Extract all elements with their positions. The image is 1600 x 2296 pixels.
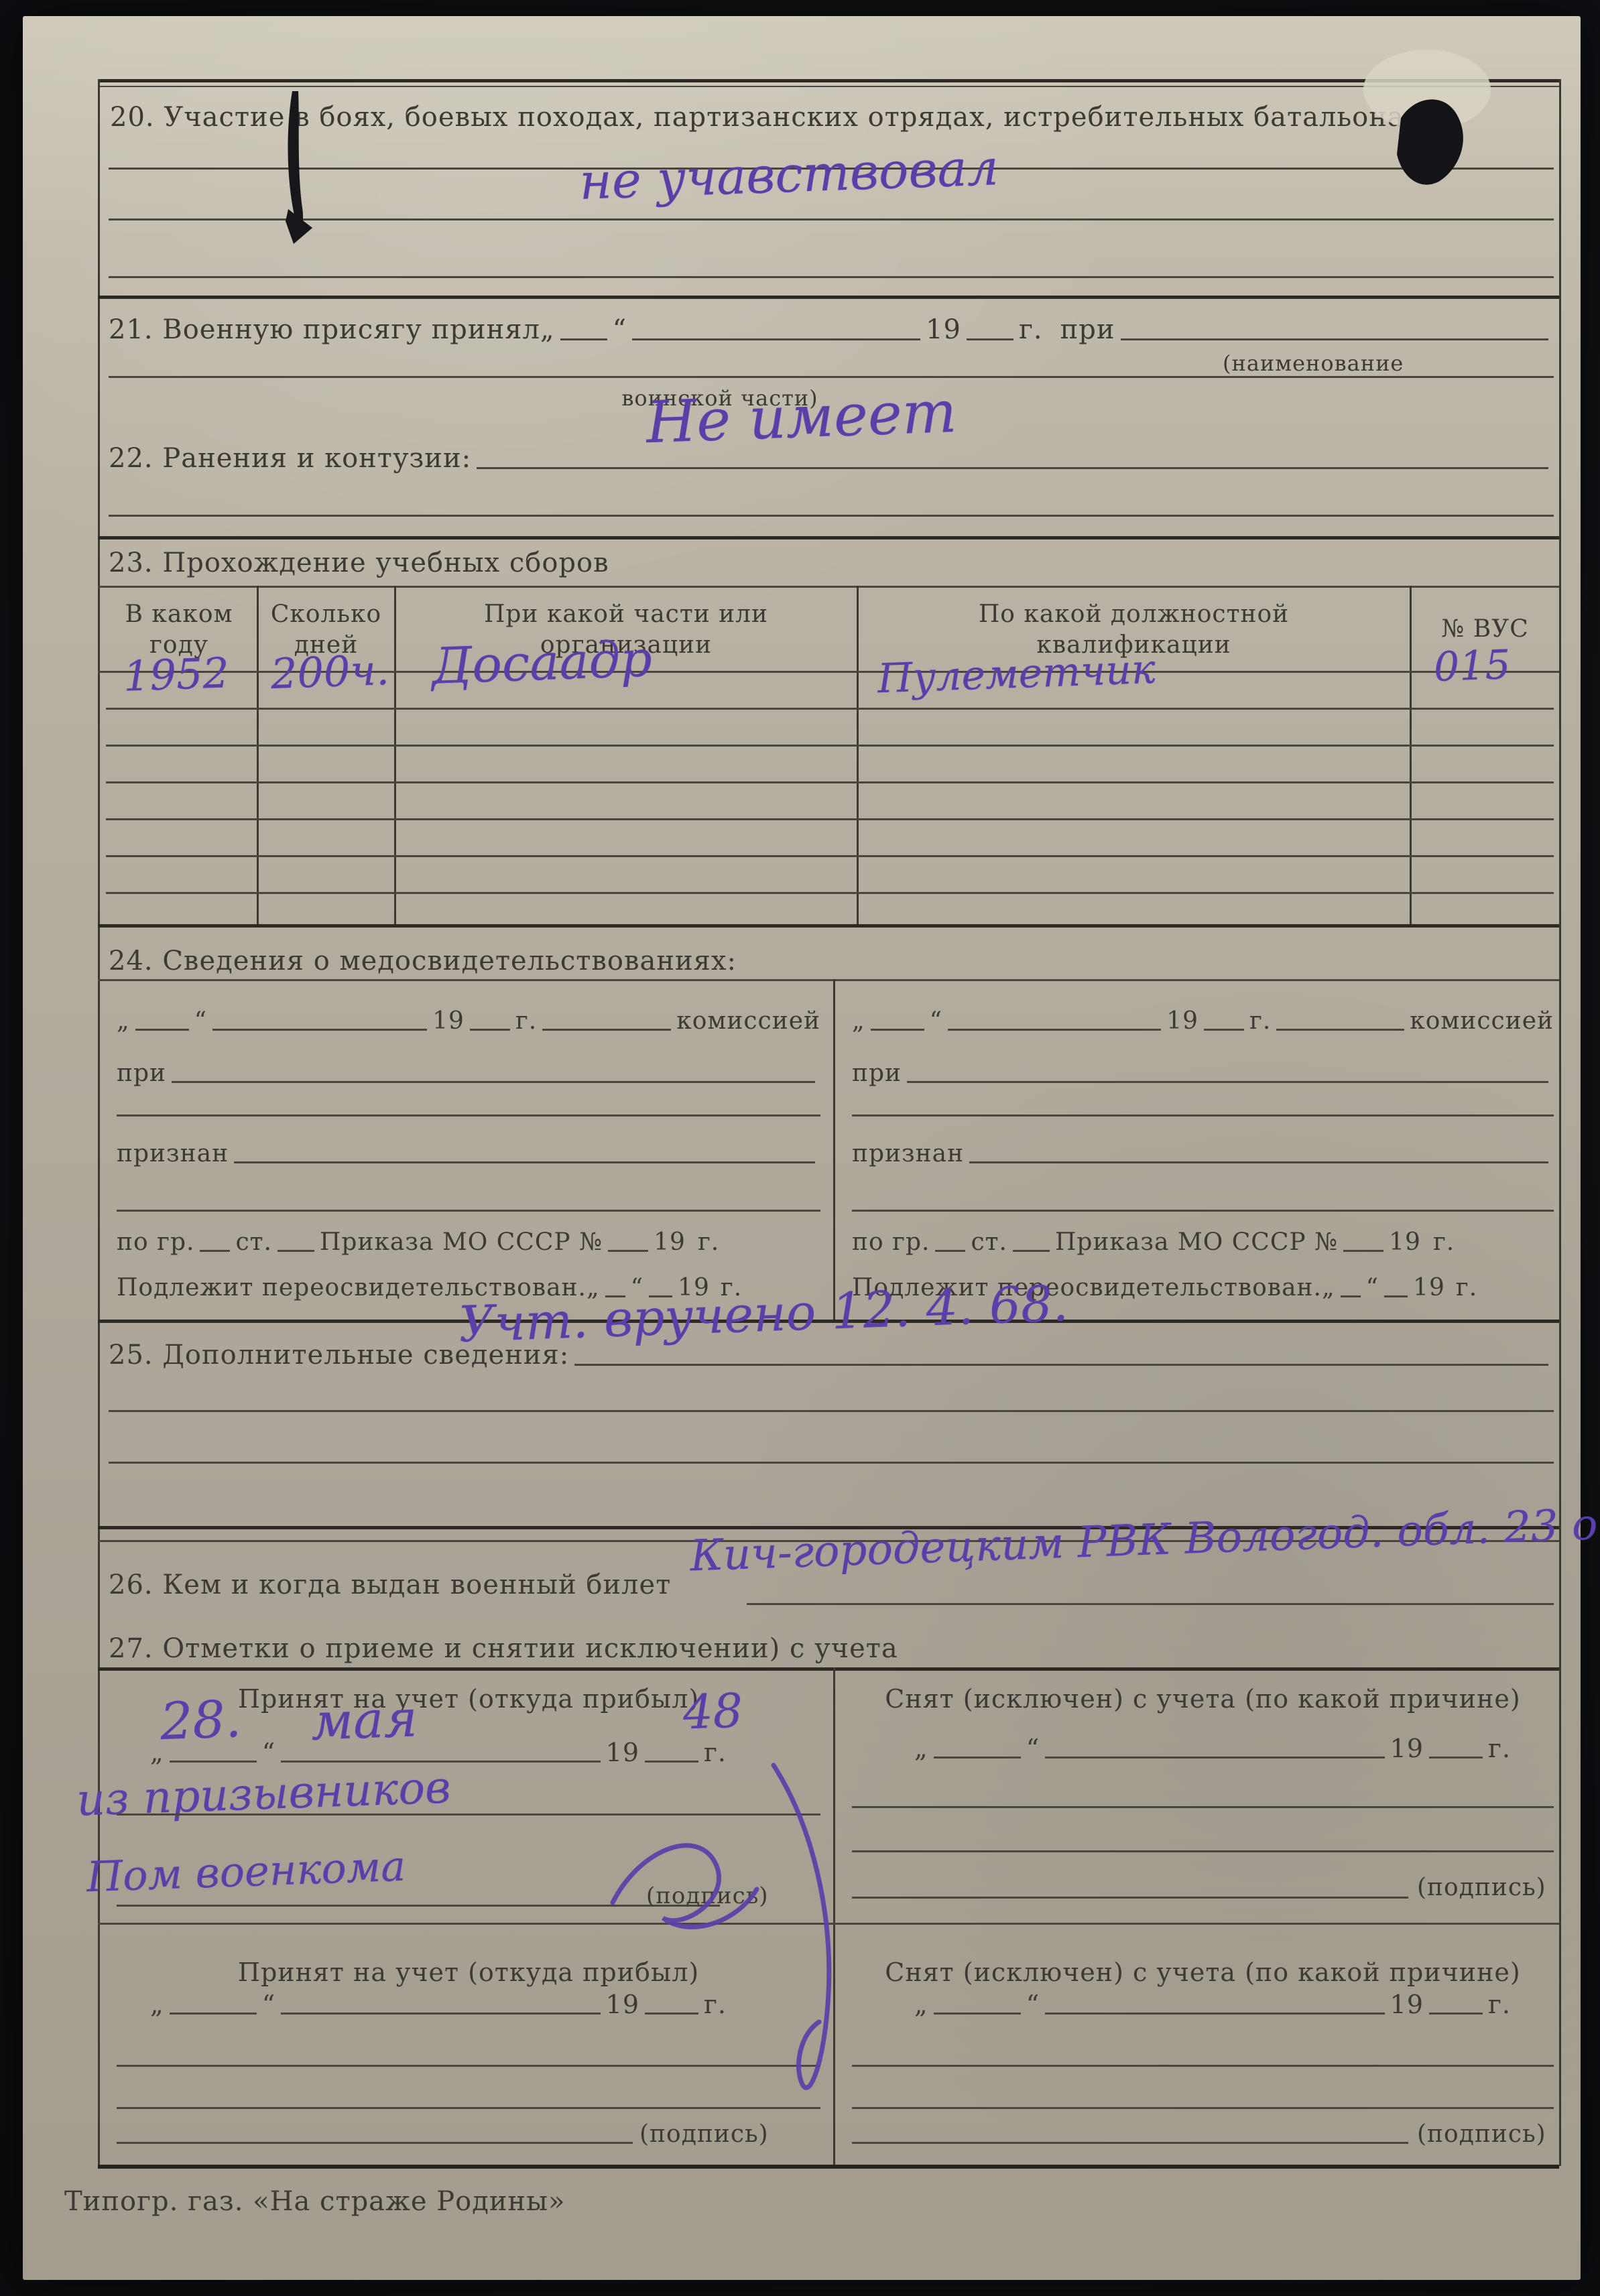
- blank-field: [934, 1752, 1021, 1759]
- handwritten-qualification: Пулеметчик: [877, 649, 1156, 699]
- blank-field: [1121, 334, 1548, 340]
- table-top-rule: [98, 1667, 1559, 1671]
- handwritten-days: 200ч.: [270, 649, 390, 695]
- rule: [98, 979, 1559, 981]
- quote-close: “: [1366, 1276, 1379, 1304]
- blank-field: [560, 334, 607, 340]
- rule: [109, 276, 1554, 278]
- rule: [117, 1813, 820, 1815]
- document-card: 20. Участие в боях, боевых походах, парт…: [23, 16, 1581, 2280]
- year-19: 19: [1390, 1992, 1424, 2021]
- handwritten-not-participated: не учавствовал: [578, 143, 999, 207]
- section-divider: [98, 296, 1559, 299]
- quote-close: “: [262, 1740, 275, 1769]
- column-divider: [833, 1667, 835, 2166]
- rule: [852, 2142, 1408, 2144]
- year-suffix: г.: [1456, 1276, 1477, 1304]
- table-top-rule: [98, 586, 1559, 588]
- med-pri-row: при: [117, 1062, 820, 1090]
- col-header-days: Сколько: [258, 600, 394, 628]
- section22-label: 22. Ранения и контузии:: [109, 445, 471, 476]
- blank-field: [967, 334, 1013, 340]
- rule: [106, 818, 1554, 820]
- year-19: 19: [1389, 1230, 1421, 1259]
- year-suffix: г.: [704, 1740, 727, 1769]
- blank-field: [969, 1157, 1548, 1163]
- quote-open: „: [852, 1009, 865, 1037]
- col-header-year: В каком: [102, 600, 256, 628]
- rule: [852, 1806, 1554, 1808]
- blank-field: [1343, 1246, 1383, 1252]
- section21-label: 21. Военную присягу принял: [109, 316, 540, 347]
- prikaz-label: Приказа МО СССР №: [1055, 1230, 1338, 1259]
- rule: [106, 781, 1554, 783]
- year-19: 19: [926, 316, 961, 347]
- scan-background: 20. Участие в боях, боевых походах, парт…: [0, 0, 1600, 2296]
- col-header-vus: № ВУС: [1411, 615, 1559, 643]
- blank-field: [574, 1360, 1548, 1366]
- blank-field: [1276, 1025, 1404, 1031]
- rule: [117, 1210, 820, 1212]
- rule: [117, 1905, 720, 1907]
- year-suffix: г.: [1249, 1009, 1271, 1037]
- blank-field: [1429, 1752, 1483, 1759]
- quote-close: “: [1026, 1736, 1040, 1765]
- blank-field: [135, 1025, 189, 1031]
- blank-field: [608, 1246, 648, 1252]
- rule: [852, 1114, 1554, 1117]
- rule: [117, 2065, 820, 2067]
- section23-label: 23. Прохождение учебных сборов: [109, 548, 609, 578]
- handwritten-month: мая: [310, 1693, 418, 1747]
- blank-field: [1045, 2008, 1385, 2015]
- blank-field: [278, 1246, 314, 1252]
- quote-close: “: [1026, 1992, 1040, 2021]
- blank-field: [1384, 1291, 1408, 1297]
- signature-caption: (подпись): [646, 1883, 768, 1909]
- section26-label: 26. Кем и когда выдан военный билет: [109, 1570, 671, 1600]
- quote-open: „: [914, 1736, 928, 1765]
- rule: [117, 2107, 820, 2109]
- blank-field: [948, 1025, 1161, 1031]
- quote-open: „: [117, 1009, 130, 1037]
- quote-open: „: [1322, 1276, 1335, 1304]
- blank-field: [170, 2008, 257, 2015]
- med-date-row: „“19г.комиссией: [117, 1009, 820, 1037]
- handwritten-official-title: Пом военкома: [86, 1846, 406, 1899]
- med-prikaz-row: по гр.ст.Приказа МО СССР №19г.: [852, 1230, 1554, 1259]
- remove-date-row: „“19г.: [914, 1992, 1511, 2021]
- rule: [106, 892, 1554, 894]
- med-pri-row: при: [852, 1062, 1554, 1090]
- handwritten-day: 28.: [160, 1694, 242, 1747]
- handwritten-organization: Досаадр: [431, 634, 653, 691]
- blank-field: [170, 1757, 257, 1763]
- blank-field: [871, 1025, 924, 1031]
- col-header-qual: По какой должностной: [858, 600, 1410, 628]
- signature-caption: (подпись): [1417, 1874, 1546, 1901]
- signature-caption: (подпись): [639, 2120, 769, 2148]
- accept-date-row: „“19г.: [150, 1992, 727, 2021]
- rule: [109, 376, 1554, 378]
- ink-streak-blot: [286, 209, 312, 244]
- blank-field: [1341, 1291, 1361, 1297]
- po-gr-label: по гр.: [117, 1230, 194, 1259]
- section-divider: [98, 536, 1559, 539]
- rule: [109, 1462, 1554, 1464]
- table-bottom-rule: [98, 2165, 1559, 2169]
- year-19: 19: [1390, 1736, 1424, 1765]
- handwritten-year: 48: [682, 1687, 743, 1736]
- rule: [852, 2065, 1554, 2067]
- pri-label: при: [1060, 316, 1115, 347]
- blank-field: [477, 463, 1548, 469]
- blank-field: [212, 1025, 427, 1031]
- blank-field: [234, 1157, 815, 1163]
- blank-field: [645, 2008, 698, 2015]
- signature-caption: (подпись): [1417, 2120, 1546, 2148]
- med-date-row: „“19г.комиссией: [852, 1009, 1554, 1037]
- st-label: ст.: [235, 1230, 272, 1259]
- year-19: 19: [1166, 1009, 1198, 1037]
- blank-field: [1204, 1025, 1244, 1031]
- remove-header: Снят (исключен) с учета (по какой причин…: [852, 1958, 1554, 1988]
- med-priznan-row: признан: [117, 1142, 820, 1170]
- column-divider: [833, 979, 835, 1320]
- pri-label: при: [117, 1062, 166, 1090]
- blank-field: [645, 1757, 698, 1763]
- blank-field: [542, 1025, 671, 1031]
- blank-field: [172, 1077, 815, 1083]
- handwritten-vus-number: 015: [1433, 645, 1512, 688]
- blank-field: [907, 1077, 1548, 1083]
- blank-field: [200, 1246, 230, 1252]
- blank-field: [1013, 1246, 1050, 1252]
- blank-field: [281, 2008, 601, 2015]
- st-label: ст.: [971, 1230, 1007, 1259]
- blank-field: [1429, 2008, 1483, 2015]
- commission-label: комиссией: [1410, 1009, 1554, 1037]
- year-suffix: г.: [1019, 316, 1043, 347]
- year-19: 19: [432, 1009, 465, 1037]
- rule: [852, 1850, 1554, 1852]
- rule: [747, 1603, 1554, 1605]
- rule: [852, 1210, 1554, 1212]
- quote-close: “: [194, 1009, 207, 1037]
- year-19: 19: [1413, 1276, 1445, 1304]
- section25-row: 25. Дополнительные сведения:: [109, 1342, 1554, 1373]
- prikaz-label: Приказа МО СССР №: [320, 1230, 603, 1259]
- year-19: 19: [654, 1230, 686, 1259]
- po-gr-label: по гр.: [852, 1230, 930, 1259]
- table-bottom-rule: [98, 924, 1559, 928]
- handwritten-year-1952: 1952: [123, 652, 230, 697]
- rule: [109, 1410, 1554, 1412]
- pri-label: при: [852, 1062, 902, 1090]
- rule: [106, 745, 1554, 747]
- quote-close: “: [262, 1992, 275, 2021]
- rule: [109, 515, 1554, 517]
- priznan-label: признан: [117, 1142, 229, 1170]
- quote-close: “: [930, 1009, 942, 1037]
- frame-right: [1559, 79, 1561, 2166]
- section27-label: 27. Отметки о приеме и снятии исключении…: [109, 1633, 898, 1664]
- med-priznan-row: признан: [852, 1142, 1554, 1170]
- year-suffix: г.: [515, 1009, 537, 1037]
- section24-label: 24. Сведения о медосвидетельствованиях:: [109, 946, 737, 976]
- quote-open: „: [540, 316, 555, 347]
- blank-field: [934, 2008, 1021, 2015]
- med-prikaz-row: по гр.ст.Приказа МО СССР №19г.: [117, 1230, 820, 1259]
- section21-row: 21. Военную присягу принял „ “ 19 г. при: [109, 316, 1554, 347]
- blank-field: [935, 1246, 965, 1252]
- rule: [117, 1114, 820, 1117]
- col-header-unit: При какой части или: [395, 600, 857, 628]
- year-19: 19: [606, 1740, 639, 1769]
- accept-header: Принят на учет (откуда прибыл): [117, 1958, 820, 1988]
- blank-field: [470, 1025, 510, 1031]
- rule: [106, 708, 1554, 710]
- year-suffix: г.: [1488, 1992, 1511, 2021]
- year-suffix: г.: [704, 1992, 727, 2021]
- rule: [98, 79, 1560, 82]
- year-19: 19: [606, 1992, 639, 2021]
- rule: [852, 2107, 1554, 2109]
- hint-naimenovanie: (наименование: [1223, 351, 1404, 376]
- rule: [106, 855, 1554, 857]
- row-divider: [98, 1923, 1559, 1925]
- section20-label: 20. Участие в боях, боевых походах, парт…: [110, 102, 1551, 133]
- quote-close: “: [613, 316, 627, 347]
- rule: [109, 218, 1554, 220]
- handwritten-no-wounds: Не имеет: [645, 383, 958, 452]
- remove-header: Снят (исключен) с учета (по какой причин…: [852, 1685, 1554, 1714]
- handwritten-issued-by: Кич-городецким РВК Вологод. обл. 23 окт.…: [689, 1496, 1600, 1578]
- priznan-label: признан: [852, 1142, 964, 1170]
- rule: [852, 1897, 1408, 1899]
- blank-field: [1045, 1752, 1385, 1759]
- quote-open: „: [150, 1992, 164, 2021]
- year-suffix: г.: [1433, 1230, 1455, 1259]
- quote-open: „: [914, 1992, 928, 2021]
- remove-date-row: „“19г.: [914, 1736, 1511, 1765]
- rule: [98, 86, 1560, 87]
- commission-label: комиссией: [676, 1009, 820, 1037]
- blank-field: [632, 334, 920, 340]
- year-suffix: г.: [698, 1230, 719, 1259]
- rule: [117, 2142, 633, 2144]
- year-suffix: г.: [1488, 1736, 1511, 1765]
- printer-imprint: Типогр. газ. «На страже Родины»: [64, 2186, 565, 2217]
